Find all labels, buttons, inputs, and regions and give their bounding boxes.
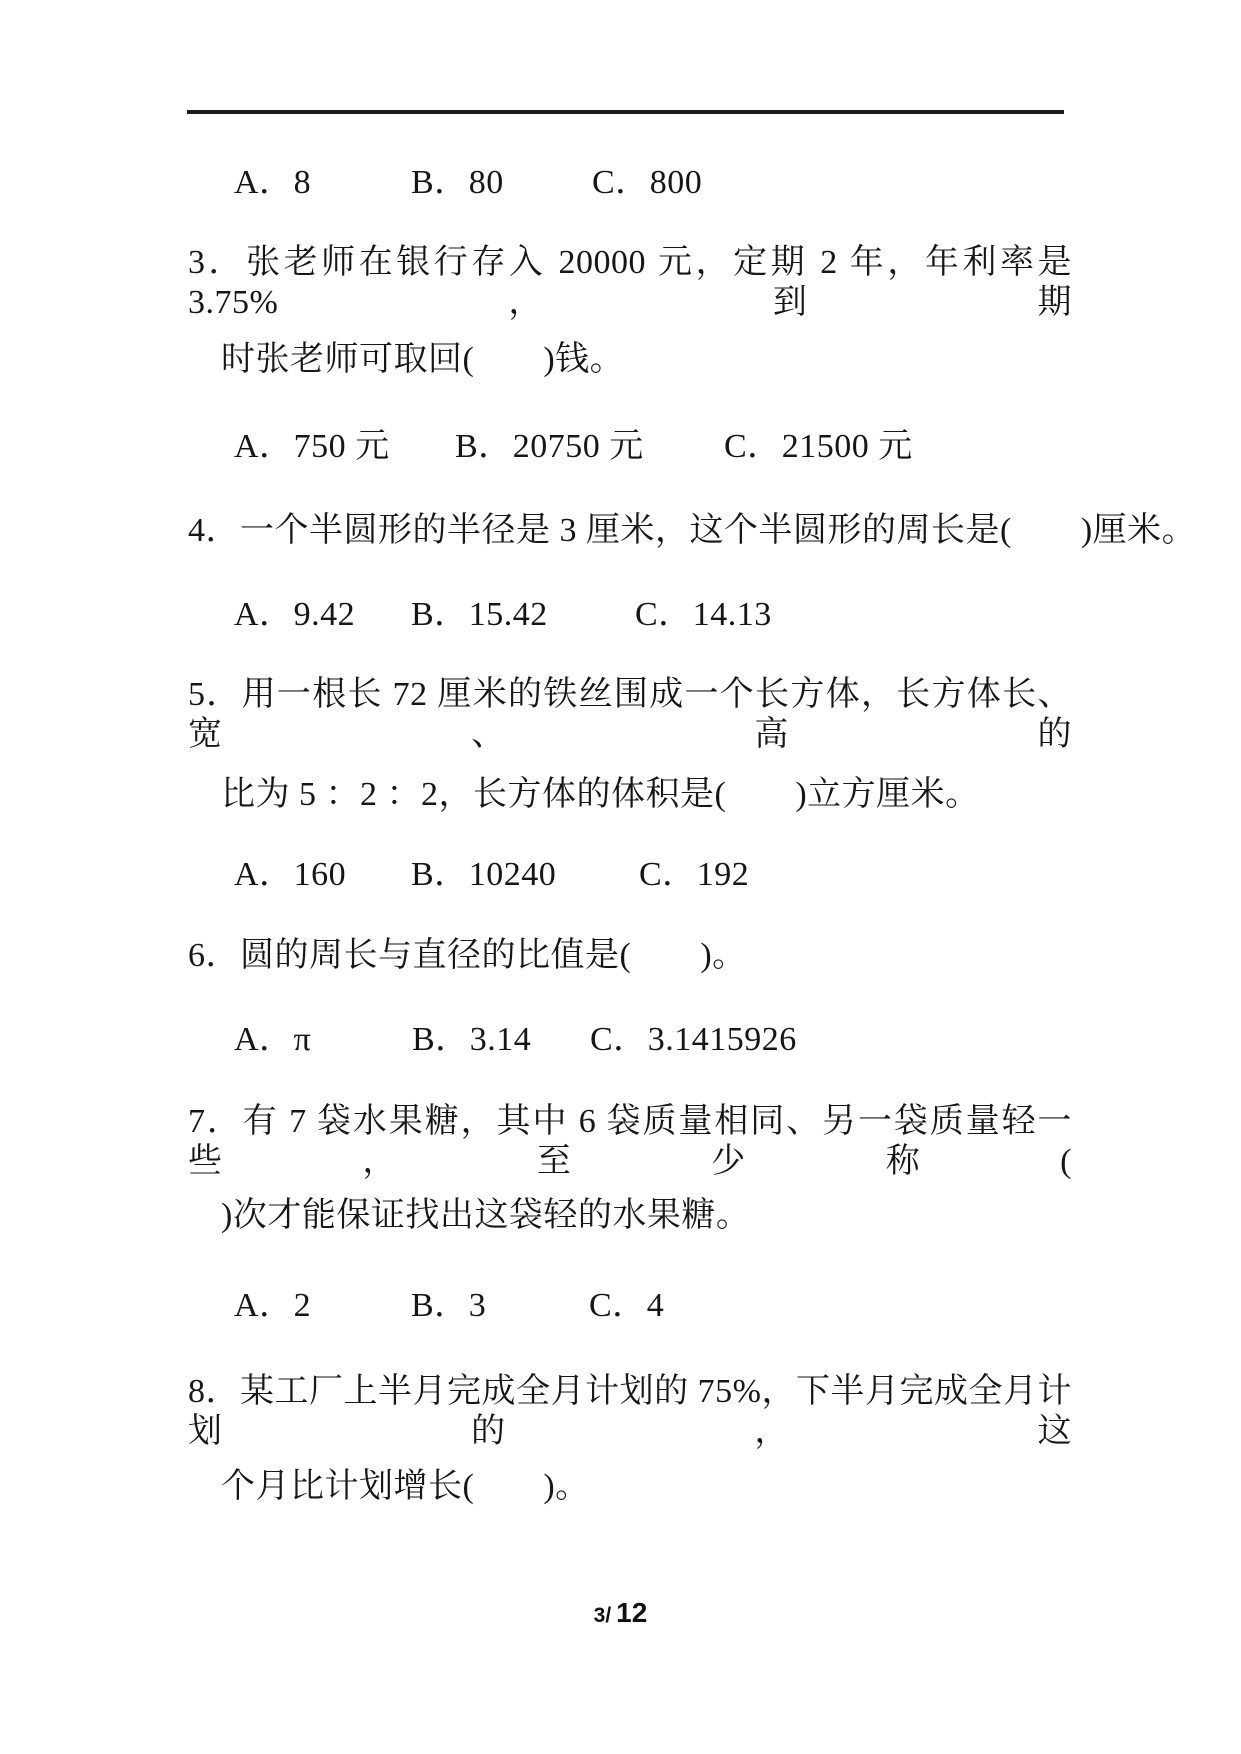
option-c: C．4	[589, 1286, 664, 1326]
continuation-line: 时张老师可取回( )钱。	[221, 340, 624, 380]
option-letter: A．	[234, 1021, 294, 1058]
option-value: 4	[647, 1287, 665, 1324]
option-value: 3.14	[470, 1021, 532, 1058]
option-value: 750 元	[294, 428, 390, 465]
option-value: 80	[469, 164, 504, 201]
option-value: 192	[697, 856, 750, 893]
option-c: C．14.13	[635, 595, 772, 635]
question-line: 8．某工厂上半月完成全月计划的 75%，下半月完成全月计划的，这	[188, 1372, 1072, 1452]
option-letter: B．	[411, 596, 469, 633]
option-value: π	[294, 1021, 312, 1058]
continuation-line: )次才能保证找出这袋轻的水果糖。	[221, 1196, 750, 1236]
option-value: 8	[294, 164, 312, 201]
option-value: 20750 元	[513, 428, 644, 465]
page-number: 3/12	[0, 1596, 1241, 1630]
option-value: 14.13	[693, 596, 772, 633]
option-b: B．20750 元	[455, 427, 644, 467]
option-letter: C．	[635, 596, 693, 633]
option-value: 15.42	[469, 596, 548, 633]
option-a: A．2	[234, 1286, 311, 1326]
option-letter: C．	[724, 428, 782, 465]
continuation-line: 比为 5 ：2 ：2，长方体的体积是( )立方厘米。	[221, 775, 980, 815]
option-letter: B．	[411, 164, 469, 201]
page-current: 3/	[594, 1604, 612, 1627]
option-value: 160	[294, 856, 347, 893]
option-c: C．800	[592, 163, 702, 203]
question-line: 5．用一根长 72 厘米的铁丝围成一个长方体，长方体长、宽、高的	[188, 675, 1072, 755]
header-divider	[187, 110, 1064, 114]
option-value: 9.42	[294, 596, 356, 633]
option-letter: B．	[411, 1287, 469, 1324]
option-b: B．10240	[411, 855, 556, 895]
option-value: 21500 元	[782, 428, 913, 465]
option-a: A．160	[234, 855, 346, 895]
option-value: 3.1415926	[648, 1021, 797, 1058]
option-letter: B．	[412, 1021, 470, 1058]
option-value: 10240	[469, 856, 557, 893]
page-total: 12	[616, 1597, 647, 1628]
option-letter: A．	[234, 856, 294, 893]
option-value: 3	[469, 1287, 487, 1324]
option-c: C．192	[639, 855, 749, 895]
continuation-line: 个月比计划增长( )。	[221, 1467, 590, 1507]
option-c: C．3.1415926	[590, 1020, 797, 1060]
option-letter: B．	[411, 856, 469, 893]
option-letter: A．	[234, 596, 294, 633]
option-value: 2	[294, 1287, 312, 1324]
option-letter: B．	[455, 428, 513, 465]
question-line: 4．一个半圆形的半径是 3 厘米，这个半圆形的周长是( )厘米。	[188, 511, 1196, 551]
question-line: 3．张老师在银行存入 20000 元，定期 2 年，年利率是 3.75%，到期	[188, 243, 1072, 323]
option-a: A．8	[234, 163, 311, 203]
option-letter: C．	[589, 1287, 647, 1324]
option-b: B．15.42	[411, 595, 548, 635]
document-page: A．8B．80C．8003．张老师在银行存入 20000 元，定期 2 年，年利…	[0, 0, 1241, 1754]
option-b: B．3.14	[412, 1020, 531, 1060]
option-letter: C．	[592, 164, 650, 201]
option-a: A．9.42	[234, 595, 355, 635]
option-letter: A．	[234, 164, 294, 201]
option-letter: C．	[590, 1021, 648, 1058]
option-b: B．80	[411, 163, 504, 203]
question-line: 7．有 7 袋水果糖，其中 6 袋质量相同、另一袋质量轻一些，至少称(	[188, 1102, 1072, 1182]
question-line: 6．圆的周长与直径的比值是( )。	[188, 936, 747, 976]
option-value: 800	[650, 164, 703, 201]
option-letter: A．	[234, 428, 294, 465]
option-letter: A．	[234, 1287, 294, 1324]
option-a: A．750 元	[234, 427, 390, 467]
option-letter: C．	[639, 856, 697, 893]
option-c: C．21500 元	[724, 427, 913, 467]
option-b: B．3	[411, 1286, 486, 1326]
option-a: A．π	[234, 1020, 311, 1060]
